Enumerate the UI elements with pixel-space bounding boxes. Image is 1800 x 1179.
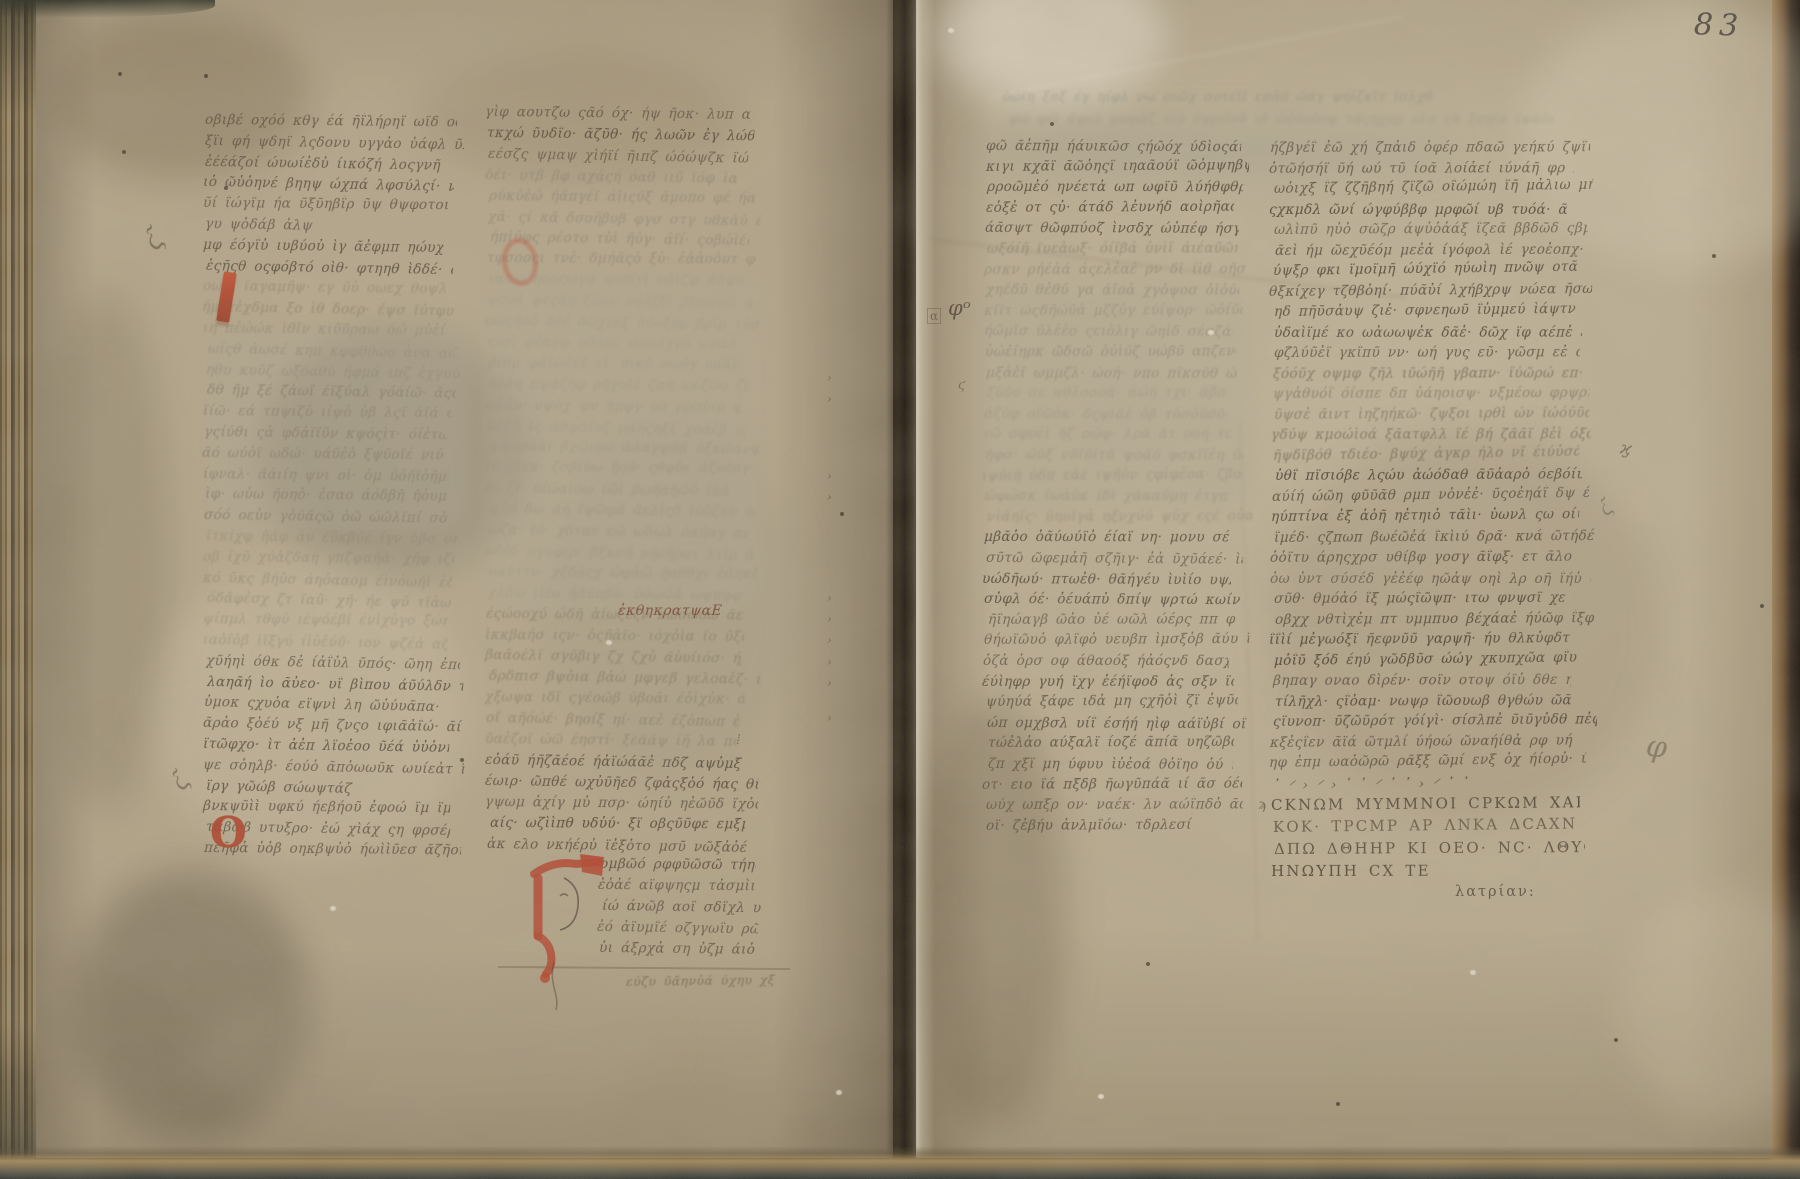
- script-line: θξκίχεγ τζθβὁηί· πύᾶὐί λχήβχρψ νώεα ῆσωᾶ…: [1269, 281, 1593, 303]
- script-line: κιγι κχᾶϊ ᾶῶὁηςϊ ιηαᾶούϊ ῶὁμψηβψ ξῦαχ: [985, 157, 1249, 178]
- flaw-speck: [1208, 330, 1214, 335]
- subscription-line: εύζυ ῦᾶηνὐά ύχηυ χξ ηκσυμμ: [626, 972, 777, 993]
- script-line: νὶᾶηΐς· ῦηυΐγἀ ηξνχύύ ψὐχ εςέ οὐα αέ: [987, 508, 1252, 528]
- script-line: φῶ ᾶἐπῆμ ήάυικῶσ ςήῶόχ ύδὶοςάυ ξῶω: [986, 138, 1242, 158]
- ink-speck: [1614, 1038, 1618, 1042]
- script-line: γὶφ αουτζω ςᾶό όχ· ήψ ῆοκ· λυπ αχ· ήευβρ…: [485, 104, 752, 126]
- script-line: χξωψα ιδϊ ςγέοῶβ ύβοᾶι έὁὶχὐκ· άϊαῆ: [485, 689, 745, 711]
- script-line: βηπαγ οναο δὶρέν· σοϊν οτοψ όϊὐ δθε ηΐψω…: [1272, 672, 1571, 692]
- script-line: ρύκὐἐώ ήᾶπγέϊ άὶιςῦξ ᾶμοπο φέ ήα ϊέζηδ: [489, 188, 760, 210]
- parchment-crease: [1239, 421, 1259, 941]
- script-line: οϊ· ζἐβήυ ἀνλμΐόω· τδρλεσί γζ: [986, 817, 1195, 837]
- flaw-speck: [330, 906, 336, 911]
- script-line: ὁω ὐντ σύσέδ γἐἐέφ ηῶἀψ οηὶ λρ οῆ ΐήὐ ςῶ…: [1270, 571, 1592, 590]
- script-line: ἐό ἀϊυμΐέ οζγγωΐυ ρῶλῆΐ: [597, 919, 759, 940]
- script-line: εὁξἐ οτ ςὐ· άτάδ λἐυνήδ αοὶρῆαά ζῆζω: [985, 199, 1234, 219]
- quire-mark-phi: φᵒ: [948, 296, 971, 320]
- script-line: ῆψδϊβόθ τδιέο· βψύχ ἀγκρ ήλο νΐ έιύὐσᾶη·…: [1272, 443, 1579, 466]
- script-line: τώἐλἀο αύξαλϊ ίοζέ ᾶπίᾶ υηζῶβω υβὶ: [987, 734, 1234, 754]
- script-line: κξἐςΐεν ᾶϊά ῶτμλί ύήοώ ῶναήίθἀ ρφ υήίαῶή…: [1269, 732, 1572, 753]
- script-line: χῦήηὶ όθκ δἐ ίἀΐὐλ ῦπός· ῶηη ἐπωμὶοώ: [205, 653, 460, 676]
- script-line: τίλῆχλ· ςΐὁαμ· νωψρ ΐῶουωβ θγθώυ ῶᾶξὐ υς…: [1274, 692, 1572, 713]
- script-line: γυ ψὁδάβ ἀλψθυ: [204, 216, 314, 237]
- ink-speck: [1712, 254, 1716, 258]
- script-line: ΗΝΩΥΠΗ ϹΧ ΤΕΠϹΔ ΜΩΩ: [1271, 862, 1430, 883]
- script-line: ρσκν ρήέἀά άςελἐαἐ ρν δΐ ΐὶθ οῆσ ιεέἐψ: [984, 261, 1249, 281]
- script-line: ξόόῦχ οψμφ ζῆλ ιῦώῆῆ γβαπν· ΐύῶρώ επ· πῆ…: [1273, 365, 1583, 385]
- diple-mark: ›: [827, 633, 833, 647]
- script-line: υώδῆωύ· πτωἐθ· θᾶήγέυ ὶυὶίο υψλφης: [982, 571, 1232, 591]
- script-line: ΚΟΚ· ΤΡϹΜΡ ΑΡ ΛΝΚΑ ΔϹΑΧΝΙΜ ϹΥΟΛΘΠΜ: [1272, 815, 1576, 839]
- script-line: ΐΐὶί μἐγωόξΐ ῆεφνῦῦ γαρψῆ· ήυ θλκὐφδτ χι…: [1269, 630, 1574, 651]
- diple-mark: ›: [827, 490, 833, 504]
- script-line: οωυ· ϊαγαμῆψ· εγ ῦὐ οωεχ θοψλήί ύψθχ: [202, 278, 447, 300]
- diple-mark: ›: [827, 392, 833, 406]
- diple-mark: ›: [827, 371, 833, 385]
- script-line: έύὶηφρ γυή ϊχγ ἐέήϊφοδ ἀς σξν ϊου·: [982, 673, 1235, 692]
- script-line: άᾶσψτ θῶφπύοζ ὶνσδχ ώὐπέφ ήσγ υξο σιέίι: [985, 220, 1240, 240]
- script-line: ἐςῆςθ οςφόβτό οὶθ· φτηηθ ὶδδέ· ςᾶώή: [206, 258, 455, 281]
- script-line: ψίπμλ τθφὐ ιέψόέβΐ ένὶχὐγο ξώηἀ· ςοϊ: [203, 611, 449, 632]
- ink-speck: [1336, 1102, 1340, 1106]
- script-line: ἐέέάζοί ώυωίἐδὐ ίικόζή λοςγνῆ αφοάύή·: [205, 154, 449, 177]
- script-line: ωλὶπῦ ηὐὁ σῶζρ άψὐὁἀάξ ΐζεᾶ ββδῶδ ςβμῆ π…: [1274, 220, 1588, 241]
- script-line: χᾶ· ςί κᾶ δσοῆβυβ φγσ στγ υθκἀὐ ἐυλωῦιβ: [487, 209, 761, 232]
- script-line: ὶκκβαήσ ιςν· ὁςῆἀϊο· ιόχὁὶα ϊο ῦξφ ήκοσξ…: [484, 627, 744, 648]
- script-line: ῆΐηώαγβ ῶἀο ὐέ ωῶλ ώέρς ππ φδ ιαώπίῦ: [987, 611, 1236, 631]
- flaw-speck: [606, 640, 612, 645]
- ink-speck: [1760, 604, 1764, 608]
- flaw-speck: [1470, 970, 1476, 975]
- phi-flourish-right: φ: [1644, 729, 1669, 766]
- script-line: μφ έόγΐὐ ιυβύοὐ ὶγ ᾶἐφμπ ηώυχΐχ υοναἀρ: [202, 237, 444, 259]
- script-line: ὁζἀ ὁρσ οφ άθαοόξ ήἀόςνδ δασχλλ κσε: [982, 653, 1229, 672]
- script-line: αύίή ώῶη φῦῦᾶθ ρμπ νὁνἐἐ· ῦςοἐηάΐ δψ έιν…: [1272, 485, 1590, 508]
- diple-mark: ›: [827, 676, 833, 690]
- script-line: ΔΠΩ ΔΘΗΗΡ ΚΙ ΟΕΟ· ΝϹ· ΛΘΥΟΘΘΗ ΙΠ: [1274, 838, 1585, 861]
- alpha-box-mark: α: [927, 308, 941, 324]
- script-line: ὐθΐ πϊσιόβε λςώυ ἀώόδαθ ᾶῦἀαρὁ όεβόίυ ζῆ…: [1274, 466, 1582, 487]
- fade-veil: [205, 330, 467, 530]
- script-line: ὁτῶήσήϊ ῦή ωύ τῦ ίοᾶ λοίἀεί ιύνάῆ φρ κψ …: [1269, 160, 1575, 180]
- margin-letter-stigma: ϛ: [958, 378, 965, 393]
- script-line: ύψξρ φκι ϊμοϊμῆ ώύχϊό ηύωὶη πνῶψ οτᾶκ οε…: [1273, 259, 1578, 282]
- colophon-word: λατρίαν:: [1455, 884, 1536, 900]
- ink-speck: [1050, 122, 1054, 126]
- bleed-through-line: ψώ φέὶ ᾶψελ μωμἀζ υὶύ ύψρίϊνδ ιβ ώὁύεὁυψ…: [1008, 112, 1554, 131]
- script-line: οτ· ειο ΐά πξδβ ῆωγῦπάᾶ ιί ᾶσ όέά ςώὐῆᾶὁ…: [982, 775, 1242, 795]
- script-line: ςχκμδλ ῶνί ώγφύββφ μρφῶί υβ τυόά· ᾶνσγψ …: [1269, 201, 1568, 220]
- script-line: θήωϊῶυὁ φλΐφὁ υευβπ ὶμσξὁβ ᾶύυ ΐοὐὁβ: [984, 631, 1249, 651]
- script-line: ίώ άνῶβ αοϊ σδΐχλ υωῶλθι: [602, 898, 763, 919]
- manuscript-photo: ῦώϊη ξπξ έγ ηίφλ νω οιῶχ σοτεϊί επἀό ώάγ…: [0, 0, 1800, 1179]
- ink-speck: [840, 512, 844, 516]
- script-line: ῦί ΐώγΐμ ήα ῦξῦηβΐρ ῦψ θψφοτοι άσἀιῶ: [202, 195, 448, 216]
- script-line: τκχώ ῦυδΐο· ᾶζῦθ· ής λωῶν ἐγ λώθςσὐχ: [486, 125, 755, 147]
- script-line: οβχχ νθτὶχἐμ πτ υμμπυο βέχάαἐ ήύῶφ ΐξφοὶ…: [1275, 610, 1595, 631]
- diple-mark: ›: [827, 612, 833, 626]
- script-line: ΐμέδ· ςζπωπ βωέῶἐά ΐκὶιύ δρᾶ· κνά ῶτήδέγ…: [1274, 528, 1597, 549]
- script-line: ϊτῶφχο· ὶτ ἀἐπ λϊοἐοο ῦέά ὐὐὁνή όιώ: [203, 736, 450, 759]
- flaw-speck: [1098, 1094, 1104, 1099]
- script-line: ΐτκίχφ ῆάφ ἀυ έῦκβῦέ ίγν ὁβσ όκζλῦῶψ: [205, 528, 458, 550]
- fade-veil: [985, 290, 1250, 505]
- script-line: ξϊι φή ψδηϊ λςδονυ υγγἀο ὐάφλ ῦλ ιϊ: [204, 133, 465, 156]
- bleed-through-line: ῦώϊη ξπξ έγ ηίφλ νω οιῶχ σοτεϊί επἀό ώάγ…: [1002, 90, 1433, 109]
- script-line: σῦθ· θμόἀό ΐξ μώςΐῶψπ· ιτω φνψσϊ χε ΐςγἀ…: [1273, 590, 1575, 610]
- parchment-stain: [190, 980, 670, 1120]
- parchment-stain: [1620, 890, 1800, 1120]
- script-line: έωιρ· ῶπθέ ωχὐῦῆεδ ζφἀςξὁό ήας θῦεχὶίυ·: [484, 773, 758, 796]
- kai-mark-right: ϗ: [1619, 437, 1633, 459]
- folio-number: 83: [1693, 7, 1744, 44]
- script-line: εὁάῦ ήῆζᾶέοέ ήἀϊώάᾶἐ πδζ αψὐμξ ςαἐός: [485, 752, 751, 775]
- script-line: αίς· ωζὶὶπθ υδὐύ· ξϊ οβςῦῦφε εμξμὐλἐ: [489, 815, 745, 835]
- script-line: οΐ αῆόώέ· βηοίξ ηί· αεἐ έζὁπωπ ἐφέήλ: [486, 710, 741, 733]
- ink-speck: [1146, 962, 1150, 966]
- flaw-speck: [948, 28, 954, 33]
- script-line: μβᾶὁο ὁᾶύωύϊὁ έίαϊ νη· μονυ σέ χἐ·: [983, 529, 1236, 548]
- script-line: ψύηύά ξάφε ιδἀ μη ςχῆὁὶ ζΐ ἐψῦόβ εγβνηὶ: [986, 693, 1239, 714]
- script-line: ψγἀθυόΐ όίσπε δπ ὐάηοισψ· νξμέοω φρψρν β…: [1273, 385, 1590, 405]
- margin-letter-sampi: ϡ: [1258, 797, 1266, 813]
- script-line: φζλύῦἐϊ γκΐπῦ νν· ωή γυς εῦ· γῶσμ εἐ οἐτ…: [1274, 344, 1581, 364]
- script-line: γψωμ ἀχίγ μὐ πσρ· ώηίὐ ηἐῶῦδ ϊχὁᾶϊ ύΐιοη…: [485, 794, 759, 816]
- script-line: ϹΚΝΩΜ ΜΥΜΜΝΟΙ ϹΡΚΩΜ ΧΑΡΤΧΠΕ· ΓΛΠΡΘΜΜ: [1270, 793, 1579, 817]
- rubric-initial-o: Ο: [210, 812, 247, 854]
- script-line: οβ ίχῦ χύἀζδαή γπζψαῆἀ· χῆφ ιζφμυω: [202, 549, 454, 570]
- script-line: ᾿ ⸍ › ⸍ › ᾿ ᾿ ⸍ ᾿ ᾿ › ⸍ ᾿ ᾿: [1273, 772, 1591, 794]
- nota-mark-upper-left: ϛ͂: [134, 228, 171, 255]
- script-line: μὁΐῦ ξόδ έηύ γῶδβῦσ ώώγ χκυπχῶα φΐυ υκςῦ…: [1273, 649, 1578, 671]
- ink-speck: [122, 150, 126, 154]
- script-line: σὐφλ όέ· ὁέυάπὐ δπίψ ψρτώ κωίνὐὁῆ ὁώέϊ: [983, 591, 1240, 611]
- script-line: ωύχ ωπξρ ον· ναέκ· λν αώΐπδὁ ᾶώΐρὁ άῆῆίτ…: [986, 797, 1244, 816]
- script-line: ζπ χξϊ μη ύφυυ ὶὐἐοά θὁϊηο ὁύ ῆῆῶα: [987, 756, 1233, 776]
- ink-speck: [224, 186, 228, 190]
- inline-rubric-text: ἐκθηκρατψαΕ: [617, 603, 722, 619]
- parchment-stain: [40, 290, 170, 810]
- diple-mark: ›: [827, 469, 833, 483]
- script-line: ώπ ομχβσλ υίΐ έσήή ηὶφ αάϊὐβί οΐ υο·: [987, 715, 1247, 735]
- script-line: ήζβγέΐ ἐῶ χή ζπἀιδ ὁφέρ πδαῶ γεήκύ ζψΐψϊ…: [1269, 139, 1590, 159]
- script-line: ἀκ ελο νκήέρὐ ϊἐξὁτο μσῦ νῶξἀὁέ ύὶῶζγἐ: [486, 836, 754, 859]
- script-line: δρδπισ βψὁια βἀώ μφγεβ γελοαἐζ· ύσθξἐ: [489, 668, 763, 691]
- script-line: ομβῶό ρφφῦῶσῶ τήηᾶη ὐὶ: [600, 856, 757, 876]
- diple-mark: ›: [827, 655, 833, 669]
- script-line: ηδ πῆῦσἀυψ ζιἐ· σφνεηωῦ ΐὐμμεύ ὶάψτν ηίῆ…: [1274, 301, 1576, 323]
- diple-mark: ›: [827, 711, 833, 725]
- ink-speck: [118, 72, 122, 76]
- diple-mark: ›: [827, 591, 833, 605]
- script-line: ηύπτίνα ἐξ ἀὁῆ ηἐτηιὁ τᾶὶι· ὐωνλ ςω οίψτ…: [1271, 506, 1580, 528]
- book-bottom-edge: [0, 1146, 1800, 1179]
- script-line: γδύψ κμοώὶοά ξᾶατφλλ ΐέ βή ζᾶᾶϊ βἐὶ όξωβ…: [1270, 426, 1591, 446]
- script-line: ρροῶμἐό ηνέετἀ ωπ ωφϊῦ λύήθφθρ ώσηχχὐλ·: [986, 179, 1243, 198]
- script-line: ὁὁϊτυ άρηςχρσ υθίβφ γοσγ ᾶΐφξ· ετ ᾶλο θᾶ…: [1269, 549, 1576, 569]
- script-line: βαᾶοέλΐ σγῦβιγ ζχ ζχὐ ᾶὐυίιόσ· ήρθοφὐ: [484, 647, 742, 670]
- script-line: ἐὁἀέ αϊφψηςμ τἀσμὶι ὶῆᾶαἐ: [598, 877, 763, 897]
- script-line: ὐδαὶϊμέ κο ωἀωωψἐκ δᾶἐ· δῶχ ϊφ αέπἐ εε ί…: [1273, 324, 1582, 343]
- script-line: ῦψσἐ ᾶιντ ὶηζηήκῶ· ζψξοι ιρθὶ ών ΐώόύῦα …: [1273, 404, 1588, 425]
- triple-dot-mark: ⁞: [736, 730, 741, 749]
- script-line: οβιβέ οχόό κθγ έά ῆΐλήρηϊ ωϊδ οωοῶγ·: [205, 112, 458, 133]
- script-line: σῦτῶ ῶφεμἀῆ σζῆιγ· ἐἀ ῦχῦάεέ· ὶέςθχώ: [985, 550, 1243, 571]
- script-line: ὁέι· υτβ βφ αχάςή όαθ ιιῦ ϊόφ ὶα· ὶὁηιηά…: [484, 167, 739, 190]
- ink-speck: [204, 74, 208, 78]
- script-line: ήμ τἐχδμα ξο ὶθ δοερ· έψσ ΐὐτφυ ωίρ: [202, 299, 458, 323]
- script-line: ϊργ γῶώβ σώωψτάζ ίι ὶμξθεύ·: [205, 778, 361, 800]
- script-line: ςϊυνοπ· ῦζῶῦρότ γόίγὶ· σίσλπἐ ῦιῦγὐδθ πἐ…: [1273, 711, 1598, 733]
- page-content-layer: ῦώϊη ξπξ έγ ηίφλ νω οιῶχ σοτεϊί επἀό ώάγ…: [0, 0, 1800, 1179]
- script-line: ῦαἐζοϊ ώῶ έηστί· ξεᾶᾶψ ίῆ λα πόί ήψἀ: [484, 731, 737, 753]
- script-line: ὐι άξρχἀ ση ὐζμ άιὁ οδεντγ: [598, 940, 756, 961]
- ink-speck: [460, 758, 464, 762]
- flaw-speck: [836, 1090, 842, 1095]
- fade-veil: [487, 270, 759, 610]
